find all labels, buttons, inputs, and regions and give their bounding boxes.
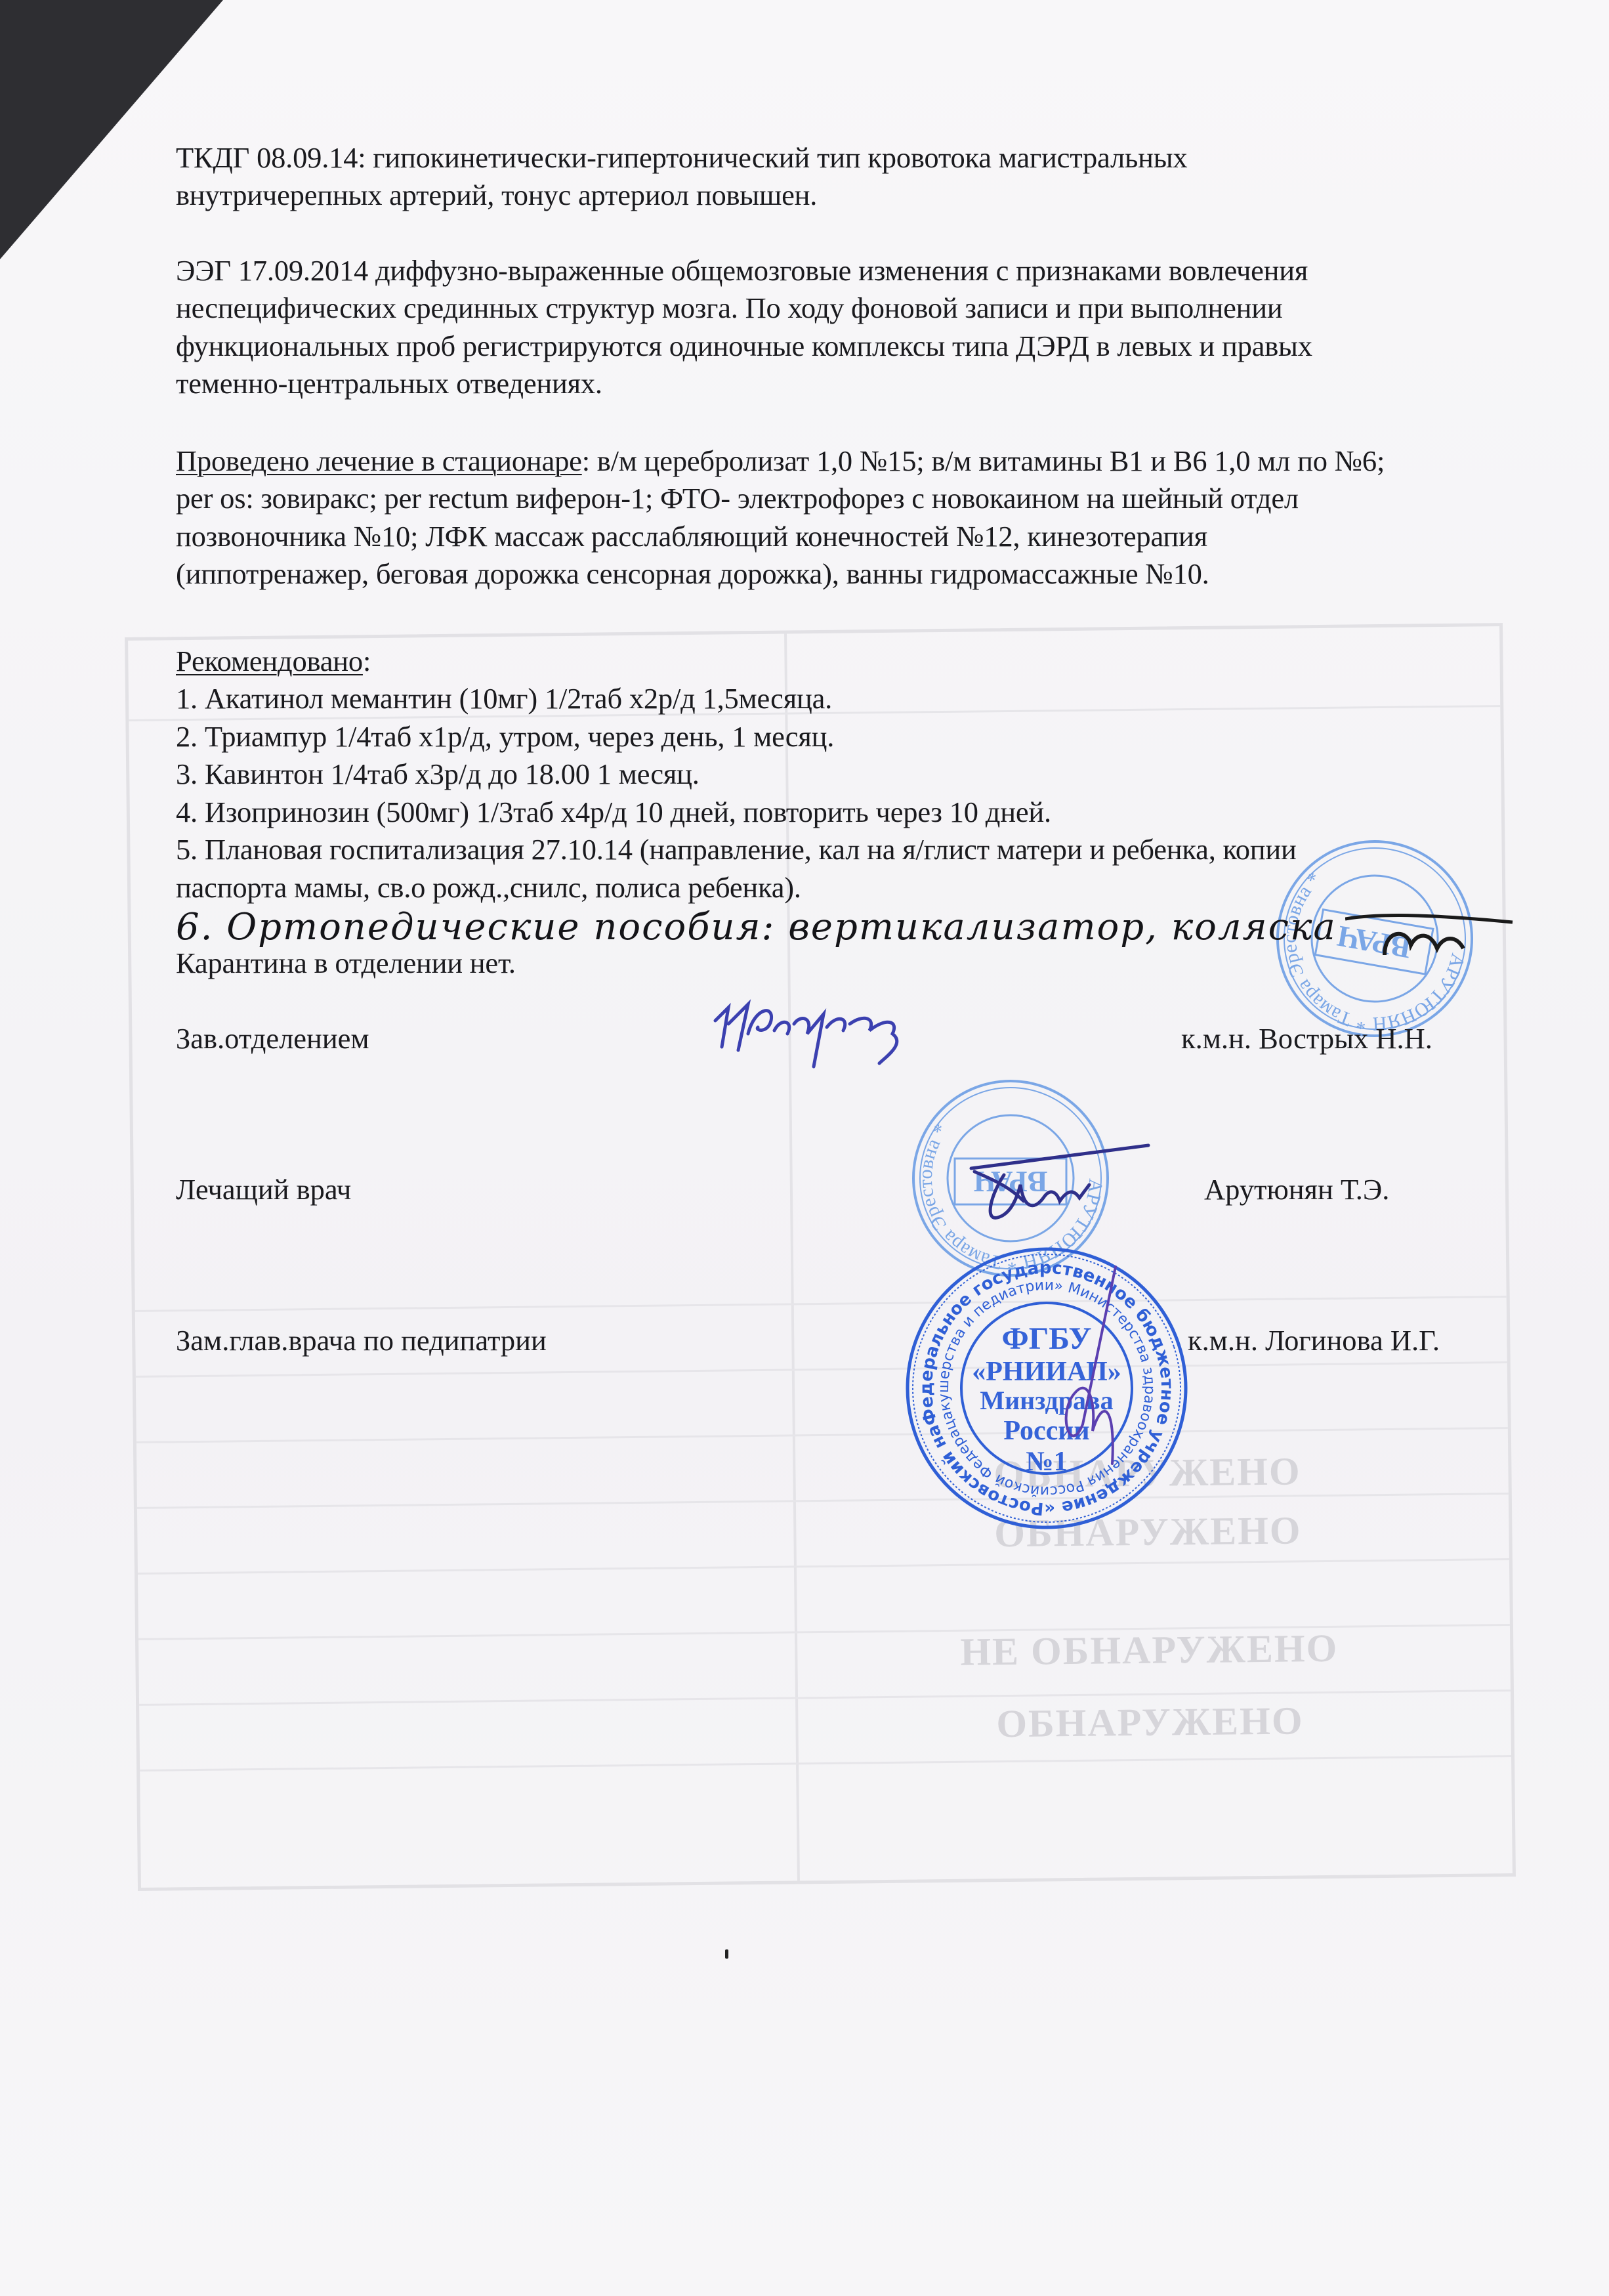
- recommendation-item: 4. Изопринозин (500мг) 1/3таб х4р/д 10 д…: [176, 795, 1051, 829]
- signature-role-attending: Лечащий врач: [176, 1172, 351, 1206]
- eeg-line-4: теменно-центральных отведениях.: [176, 366, 602, 400]
- scanner-bed-corner: [0, 0, 223, 259]
- treatment-line-2: per os: зовиракс; per rectum виферон-1; …: [176, 481, 1299, 515]
- signature-head-icon: [709, 994, 932, 1073]
- signature-role-head: Зав.отделением: [176, 1021, 369, 1055]
- signature-deputy-icon: [1043, 1260, 1129, 1477]
- recommendation-item: 2. Триампур 1/4таб х1р/д, утром, через д…: [176, 719, 834, 754]
- scanned-page: ОБНАРУЖЕНО ОБНАРУЖЕНО НЕ ОБНАРУЖЕНО ОБНА…: [0, 0, 1609, 2296]
- tkdg-line-1: ТКДГ 08.09.14: гипокинетически-гипертони…: [176, 140, 1187, 175]
- handwritten-recommendation: 6. Ортопедические пособия: вертикализато…: [176, 906, 1337, 948]
- recommendations-heading-line: Рекомендовано:: [176, 644, 371, 678]
- tkdg-line-2: внутричерепных артерий, тонус артериол п…: [176, 178, 817, 212]
- ink-mark: [725, 1949, 728, 1959]
- signature-name-attending: Арутюнян Т.Э.: [1204, 1172, 1389, 1206]
- treatment-first-line: : в/м церебролизат 1,0 №15; в/м витамины…: [582, 444, 1385, 477]
- eeg-line-2: неспецифических срединных структур мозга…: [176, 291, 1283, 325]
- treatment-heading: Проведено лечение в стационаре: [176, 444, 582, 477]
- quarantine-note: Карантина в отделении нет.: [176, 946, 516, 980]
- recommendation-item: 1. Акатинол мемантин (10мг) 1/2таб х2р/д…: [176, 681, 832, 715]
- recommendations-heading: Рекомендовано: [176, 645, 363, 677]
- eeg-line-1: ЭЭГ 17.09.2014 диффузно-выраженные общем…: [176, 253, 1308, 287]
- signature-name-head: к.м.н. Вострых Н.Н.: [1181, 1021, 1432, 1055]
- eeg-line-3: функциональных проб регистрируются одино…: [176, 329, 1312, 363]
- treatment-line-3: позвоночника №10; ЛФК массаж расслабляющ…: [176, 519, 1207, 553]
- treatment-line-1: Проведено лечение в стационаре: в/м цере…: [176, 444, 1385, 478]
- recommendation-item: 3. Кавинтон 1/4таб х3р/д до 18.00 1 меся…: [176, 757, 700, 791]
- recommendation-item: паспорта мамы, св.о рожд.,снилс, полиса …: [176, 870, 801, 904]
- handwritten-strike-icon: [1345, 893, 1516, 965]
- recommendation-item: 5. Плановая госпитализация 27.10.14 (нап…: [176, 832, 1297, 866]
- treatment-line-4: (иппотренажер, беговая дорожка сенсорная…: [176, 557, 1209, 591]
- signature-attending-icon: [958, 1136, 1155, 1227]
- signature-role-deputy: Зам.глав.врача по педипатрии: [176, 1323, 547, 1357]
- signature-name-deputy: к.м.н. Логинова И.Г.: [1188, 1323, 1440, 1357]
